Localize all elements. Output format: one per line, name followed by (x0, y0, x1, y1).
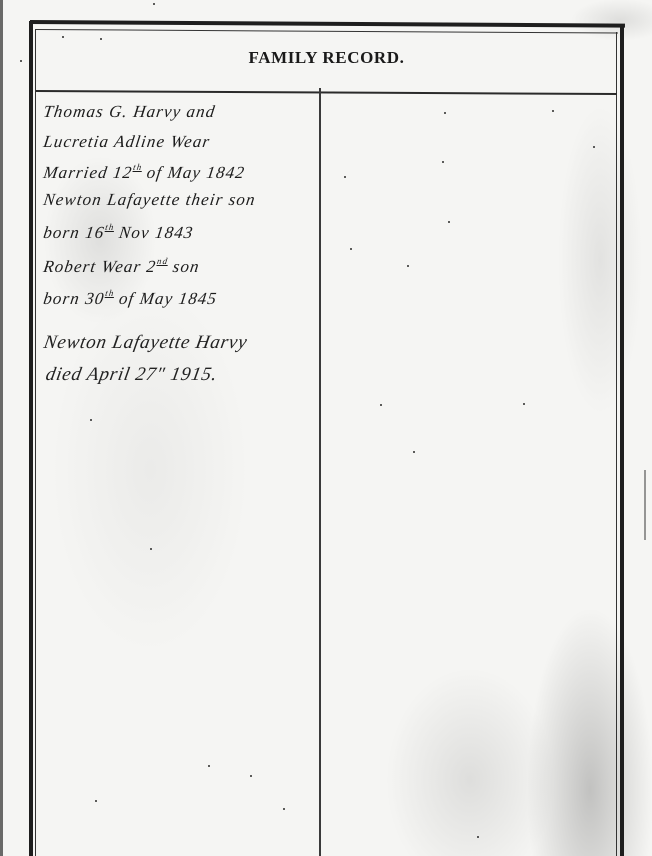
entry-line-1: Thomas G. Harvy and (42, 102, 217, 122)
entry-text: Robert Wear 2 (42, 257, 158, 276)
entry-text: of May 1842 (140, 163, 246, 182)
frame-border-top-thick (30, 20, 625, 28)
speck (283, 808, 285, 810)
speck (523, 403, 525, 405)
entry-text: born 16 (42, 223, 106, 242)
speck (407, 265, 409, 267)
speck (100, 38, 102, 40)
frame-border-right-thin (616, 32, 617, 856)
column-divider (319, 88, 321, 856)
speck (444, 112, 446, 114)
entry-text: Newton Lafayette Harvy (42, 332, 249, 353)
speck (250, 775, 252, 777)
frame-border-right-thick (620, 24, 624, 856)
frame-border-top-thin (36, 29, 618, 34)
speck (95, 800, 97, 802)
scan-edge-mark (644, 470, 646, 540)
speck (20, 60, 22, 62)
entry-line-9: died April 27" 1915. (44, 364, 219, 386)
speck (208, 765, 210, 767)
scan-edge-shadow (0, 0, 3, 856)
frame-border-left-thick (29, 21, 33, 856)
entry-text: of May 1845 (112, 289, 218, 308)
entry-line-5: born 16th Nov 1843 (42, 222, 195, 243)
speck (448, 221, 450, 223)
entry-line-2: Lucretia Adline Wear (42, 132, 212, 152)
entry-line-6: Robert Wear 2nd son (42, 256, 201, 277)
entry-text: son (166, 257, 201, 276)
speck (350, 248, 352, 250)
speck (413, 451, 415, 453)
page-title: FAMILY RECORD. (36, 48, 617, 68)
right-column-empty (322, 93, 615, 856)
entry-text: Married 12 (42, 163, 134, 182)
entry-text: Newton Lafayette their son (42, 190, 257, 209)
entry-text: born 30 (42, 289, 106, 308)
speck (150, 548, 152, 550)
entry-text: Lucretia Adline Wear (42, 132, 211, 151)
speck (62, 36, 64, 38)
entry-text: Nov 1843 (112, 223, 194, 242)
entry-line-7: born 30th of May 1845 (42, 288, 219, 309)
speck (552, 110, 554, 112)
entry-line-3: Married 12th of May 1842 (42, 162, 246, 183)
speck (593, 146, 595, 148)
speck (90, 419, 92, 421)
speck (477, 836, 479, 838)
speck (344, 176, 346, 178)
speck (153, 3, 155, 5)
entry-text: Thomas G. Harvy and (42, 102, 217, 121)
scanned-page: FAMILY RECORD. Thomas G. Harvy and Lucre… (0, 0, 652, 856)
speck (380, 404, 382, 406)
frame-border-left-thin (35, 29, 36, 856)
speck (442, 161, 444, 163)
entry-line-4: Newton Lafayette their son (42, 190, 257, 210)
entry-text: died April 27" 1915. (44, 364, 219, 385)
entry-line-8: Newton Lafayette Harvy (42, 332, 249, 354)
